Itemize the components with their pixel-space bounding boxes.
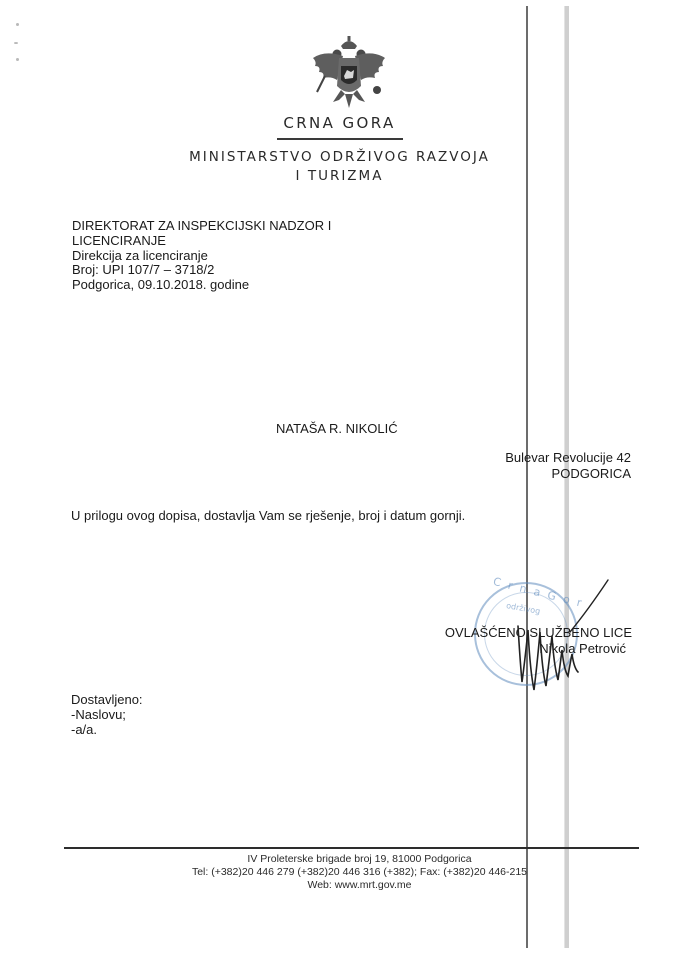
recipient-address: Bulevar Revolucije 42 PODGORICA: [505, 450, 631, 482]
directorate-line-2: LICENCIRANJE: [72, 234, 331, 249]
footer: IV Proleterske brigade broj 19, 81000 Po…: [0, 853, 679, 892]
department: Direkcija za licenciranje: [72, 249, 331, 264]
coat-of-arms-icon: [303, 36, 395, 110]
margin-speck: [16, 23, 19, 26]
handwritten-signature: [470, 570, 630, 700]
delivery-list: Dostavljeno: -Naslovu; -a/a.: [71, 692, 143, 737]
ministry-heading: MINISTARSTVO ODRŽIVOG RAZVOJA I TURIZMA: [0, 148, 679, 186]
footer-contact: Tel: (+382)20 446 279 (+382)20 446 316 (…: [40, 866, 679, 879]
footer-web: Web: www.mrt.gov.me: [40, 879, 679, 892]
letter-body: U prilogu ovog dopisa, dostavlja Vam se …: [71, 508, 465, 523]
recipient-street: Bulevar Revolucije 42: [505, 450, 631, 466]
delivery-label: Dostavljeno:: [71, 692, 143, 707]
recipient-city: PODGORICA: [505, 466, 631, 482]
delivery-item: -Naslovu;: [71, 707, 143, 722]
footer-divider: [64, 847, 639, 849]
country-heading: CRNA GORA: [0, 114, 679, 132]
ministry-line-2: I TURIZMA: [0, 167, 679, 186]
ministry-line-1: MINISTARSTVO ODRŽIVOG RAZVOJA: [0, 148, 679, 167]
heading-divider: [277, 138, 403, 140]
footer-address: IV Proleterske brigade broj 19, 81000 Po…: [40, 853, 679, 866]
place-date: Podgorica, 09.10.2018. godine: [72, 278, 331, 293]
margin-speck: [16, 58, 19, 61]
reference-number: Broj: UPI 107/7 – 3718/2: [72, 263, 331, 278]
margin-speck: [14, 42, 18, 44]
sender-block: DIREKTORAT ZA INSPEKCIJSKI NADZOR I LICE…: [72, 219, 331, 293]
delivery-item: -a/a.: [71, 722, 143, 737]
directorate-line-1: DIREKTORAT ZA INSPEKCIJSKI NADZOR I: [72, 219, 331, 234]
recipient-name: NATAŠA R. NIKOLIĆ: [276, 421, 398, 436]
